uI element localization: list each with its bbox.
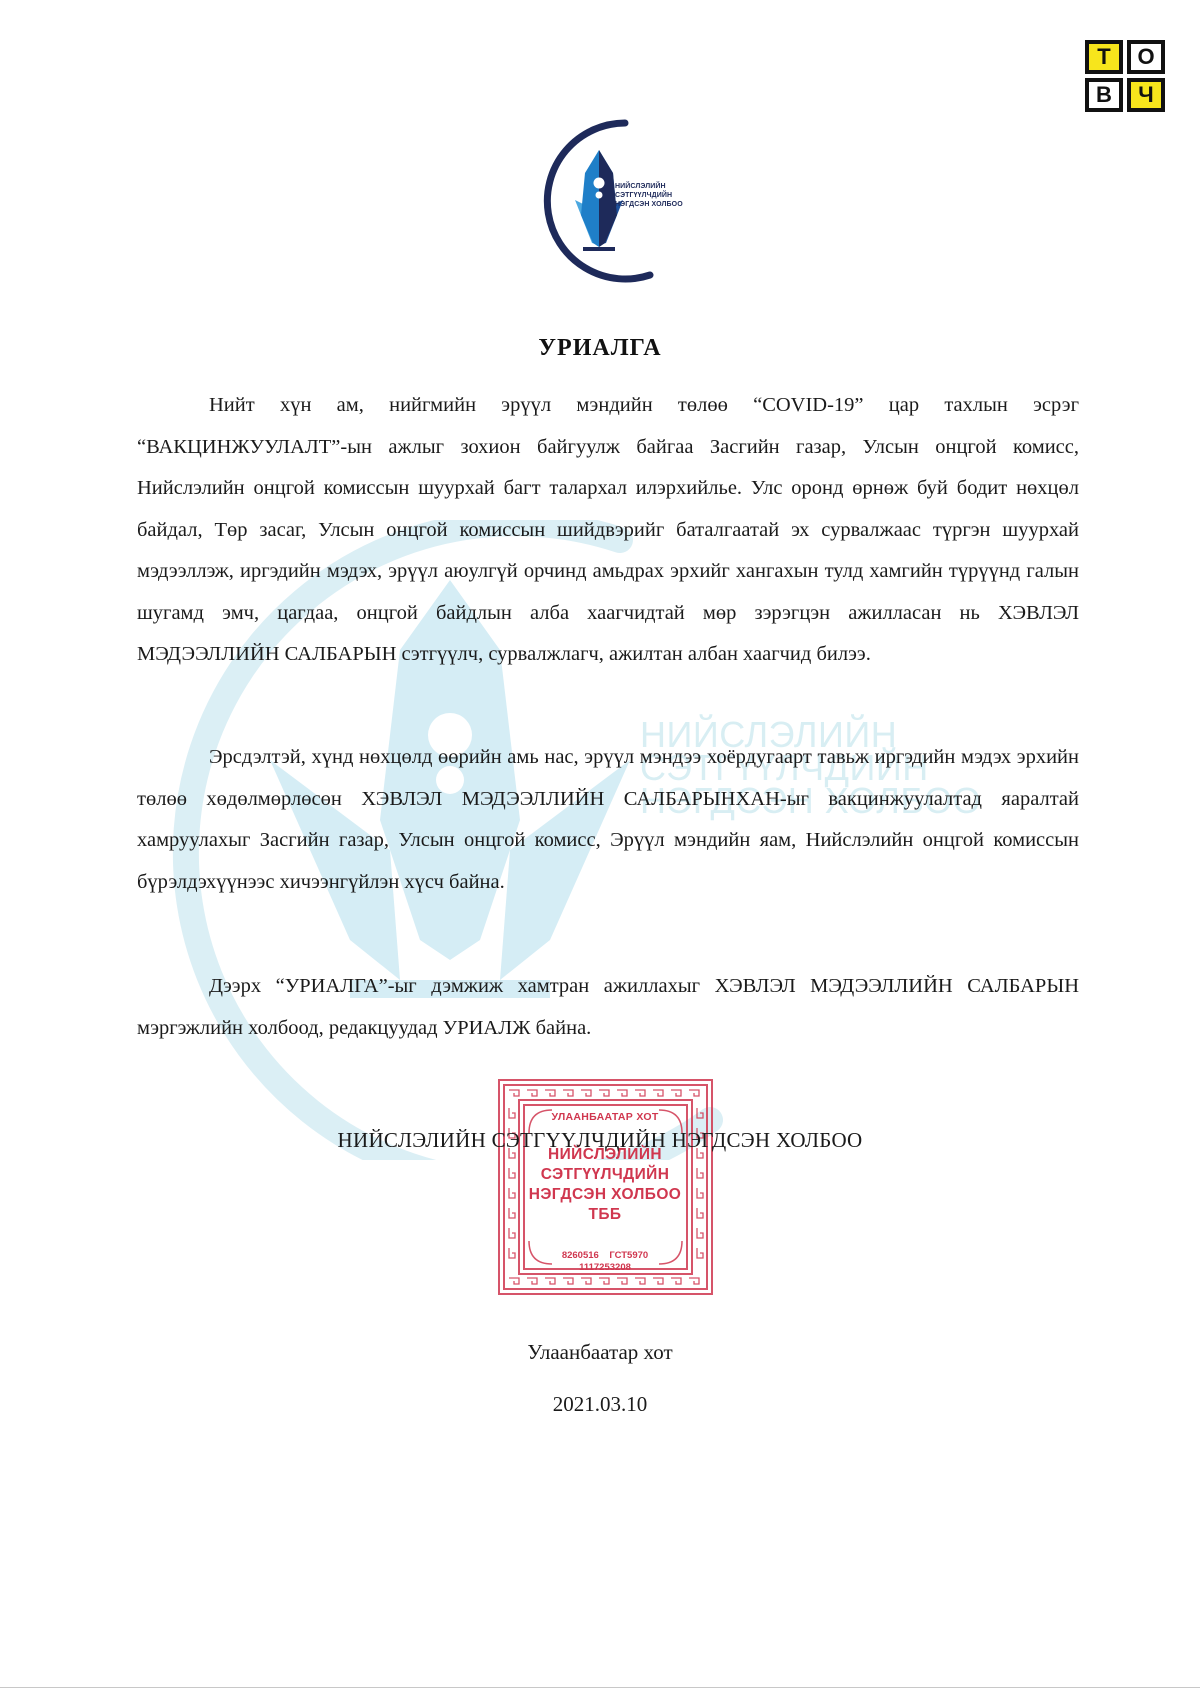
stamp-city: УЛААНБААТАР ХОТ <box>520 1111 690 1123</box>
document-city: Улаанбаатар хот <box>0 1340 1200 1365</box>
paragraph-2: Эрсдэлтэй, хүнд нөхцөлд өөрийн амь нас, … <box>137 737 1079 903</box>
paragraph-text: Дээрх “УРИАЛГА”-ыг дэмжиж хамтран ажилла… <box>137 966 1079 1049</box>
stamp-code-line: 1117253208 <box>520 1262 690 1274</box>
badge-letter-ch: Ч <box>1127 78 1165 112</box>
page-edge-divider <box>0 1687 1200 1688</box>
badge-letter-o: О <box>1127 40 1165 74</box>
logo-line: СЭТГҮҮЛЧДИЙН <box>615 191 683 200</box>
stamp-name-line: СЭТГҮҮЛЧДИЙН <box>520 1165 690 1185</box>
stamp-name-line: НЭГДСЭН ХОЛБОО <box>520 1185 690 1205</box>
stamp-name-line: ТББ <box>520 1205 690 1225</box>
logo-text: НИЙСЛЭЛИЙН СЭТГҮҮЛЧДИЙН НЭГДСЭН ХОЛБОО <box>615 182 683 209</box>
badge-letter-t: Т <box>1085 40 1123 74</box>
document-title: УРИАЛГА <box>0 335 1200 362</box>
paragraph-text: Нийт хүн ам, нийгмийн эрүүл мэндийн төлө… <box>137 385 1079 676</box>
badge-letter-v: В <box>1085 78 1123 112</box>
paragraph-1: Нийт хүн ам, нийгмийн эрүүл мэндийн төлө… <box>137 385 1079 676</box>
stamp-codes: 8260516 ГСТ5970 1117253208 <box>520 1250 690 1274</box>
document-date: 2021.03.10 <box>0 1392 1200 1417</box>
tovch-badge-logo: Т О В Ч <box>1085 40 1165 112</box>
stamp-org-name: НИЙСЛЭЛИЙН СЭТГҮҮЛЧДИЙН НЭГДСЭН ХОЛБОО Т… <box>520 1145 690 1225</box>
signature-organization: НИЙСЛЭЛИЙН СЭТГҮҮЛЧДИЙН НЭГДСЭН ХОЛБОО <box>0 1128 1200 1153</box>
stamp-code-line: 8260516 ГСТ5970 <box>520 1250 690 1262</box>
paragraph-text: Эрсдэлтэй, хүнд нөхцөлд өөрийн амь нас, … <box>137 737 1079 903</box>
logo-line: НИЙСЛЭЛИЙН <box>615 182 683 191</box>
paragraph-3: Дээрх “УРИАЛГА”-ыг дэмжиж хамтран ажилла… <box>137 966 1079 1049</box>
logo-line: НЭГДСЭН ХОЛБОО <box>615 200 683 209</box>
